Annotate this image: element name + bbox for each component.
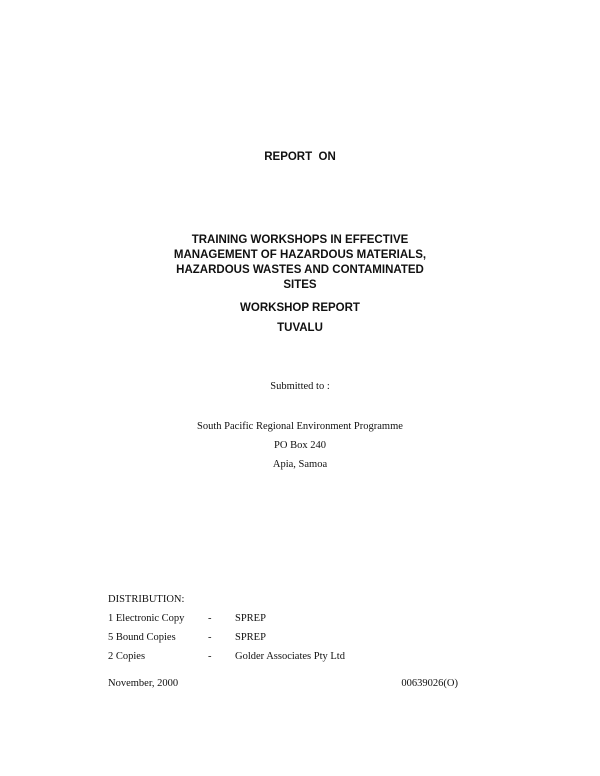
report-subtitle: WORKSHOP REPORT bbox=[0, 298, 600, 318]
distribution-copies: 1 Electronic Copy bbox=[108, 609, 208, 628]
address-city: Apia, Samoa bbox=[0, 455, 600, 474]
distribution-dash: - bbox=[208, 628, 235, 647]
distribution-recipient: SPREP bbox=[235, 628, 266, 647]
distribution-row: 2 Copies - Golder Associates Pty Ltd bbox=[108, 647, 345, 666]
title-line: HAZARDOUS WASTES AND CONTAMINATED bbox=[0, 263, 600, 278]
distribution-row: 1 Electronic Copy - SPREP bbox=[108, 609, 345, 628]
report-date: November, 2000 bbox=[108, 678, 178, 689]
distribution-recipient: Golder Associates Pty Ltd bbox=[235, 647, 345, 666]
distribution-copies: 5 Bound Copies bbox=[108, 628, 208, 647]
title-line: TRAINING WORKSHOPS IN EFFECTIVE bbox=[0, 233, 600, 248]
distribution-list: DISTRIBUTION: 1 Electronic Copy - SPREP … bbox=[108, 590, 345, 666]
address-organisation: South Pacific Regional Environment Progr… bbox=[0, 417, 600, 436]
report-heading: REPORT ON bbox=[0, 151, 600, 163]
distribution-heading: DISTRIBUTION: bbox=[108, 590, 345, 609]
distribution-dash: - bbox=[208, 609, 235, 628]
recipient-address: South Pacific Regional Environment Progr… bbox=[0, 417, 600, 474]
distribution-copies: 2 Copies bbox=[108, 647, 208, 666]
address-po-box: PO Box 240 bbox=[0, 436, 600, 455]
report-title-block: TRAINING WORKSHOPS IN EFFECTIVE MANAGEME… bbox=[0, 233, 600, 338]
title-line: SITES bbox=[0, 278, 600, 293]
distribution-row: 5 Bound Copies - SPREP bbox=[108, 628, 345, 647]
submitted-to-label: Submitted to : bbox=[0, 381, 600, 392]
report-country: TUVALU bbox=[0, 318, 600, 338]
distribution-dash: - bbox=[208, 647, 235, 666]
report-reference-number: 00639026(O) bbox=[401, 678, 458, 689]
title-line: MANAGEMENT OF HAZARDOUS MATERIALS, bbox=[0, 248, 600, 263]
distribution-recipient: SPREP bbox=[235, 609, 266, 628]
